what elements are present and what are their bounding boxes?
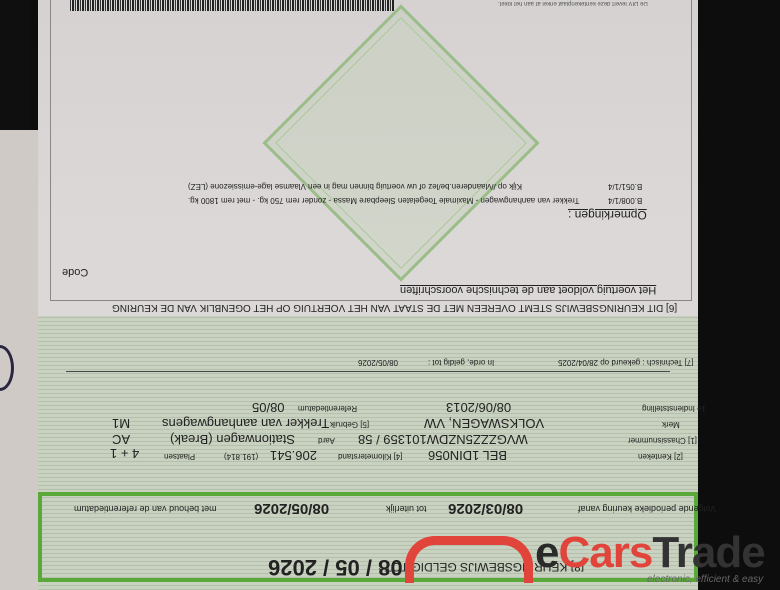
type-value: Stationwagen (Break) (170, 432, 295, 447)
make-value: VOLKSWAGEN, VW (424, 416, 544, 431)
reference-date-label: Referentiedatum (298, 404, 357, 413)
in-order-date: 08/05/2026 (358, 358, 398, 367)
make-label: Merk (662, 420, 680, 429)
seats-value: 4 + 1 (110, 446, 139, 461)
remark-code-2: B.051/1/4 (608, 182, 642, 191)
use-label: [5] Gebruik (330, 420, 369, 429)
divider (66, 371, 670, 372)
binder-ring (0, 345, 14, 391)
first-registration-value: 08/06/2013 (446, 400, 511, 415)
plate-value: BEL 1DIN056 (428, 448, 507, 463)
car-roof-icon (405, 536, 533, 583)
in-order-label: In orde, geldig tot : (428, 358, 494, 367)
code-label: Code (62, 266, 88, 278)
category-value: M1 (112, 416, 130, 431)
first-registration-label: 1e Indienststelling (642, 404, 706, 413)
next-inspection-label: Volgende periodieke keuring vanaf (578, 504, 716, 514)
body-code: AC (112, 432, 130, 447)
seats-label: Plaatsen (164, 452, 195, 461)
plate-label: [2] Kenteken (638, 452, 683, 461)
next-inspection-suffix: met behoud van de referentiedatum (74, 504, 217, 514)
type-label: Aard (318, 436, 335, 445)
odometer-label: [4] Kilometerstand (338, 452, 402, 461)
vin-label: [1] Chassisnummer (628, 436, 697, 445)
technical-line: [7] Technisch : gekeurd op 28/04/2025 (558, 358, 694, 367)
remark-text-2: Kijk op //vlaanderen.be/lez of uw voertu… (188, 182, 522, 191)
remark-code-1: B.008/1/4 (608, 196, 642, 205)
use-value: Trekker van aanhangwagens (162, 416, 329, 431)
adjacent-document-edge (0, 130, 40, 590)
reference-date-value: 08/05 (252, 400, 285, 415)
brand-tagline: electronic, efficient & easy (647, 574, 763, 585)
odometer-previous: (191.814) (224, 452, 258, 461)
next-until-label: tot uiterlijk (386, 504, 427, 514)
statement-text: [6] DIT KEURINGSBEWIJS STEMT OVEREEN MET… (112, 302, 677, 313)
next-inspection-from: 08/03/2026 (448, 500, 523, 517)
brand-name: eCarsTrade (535, 528, 765, 578)
remarks-title: Opmerkingen : (568, 208, 647, 222)
ecarstrade-watermark: eCarsTrade electronic, efficient & easy (405, 530, 780, 590)
remark-text-1: Trekker van aanhangwagen - Maximale Toeg… (188, 196, 579, 205)
compliance-text: Het voertuig voldoet aan de technische v… (400, 284, 656, 296)
next-inspection-until: 08/05/2026 (254, 500, 329, 517)
vin-value: WVGZZZ5NZDW101359 / 58 (358, 432, 528, 447)
odometer-value: 206.541 (270, 448, 317, 463)
validity-date: 08 / 05 / 2026 (268, 554, 403, 580)
inspection-certificate: De DIV levert deze kentekenplaat enkel a… (38, 0, 698, 590)
